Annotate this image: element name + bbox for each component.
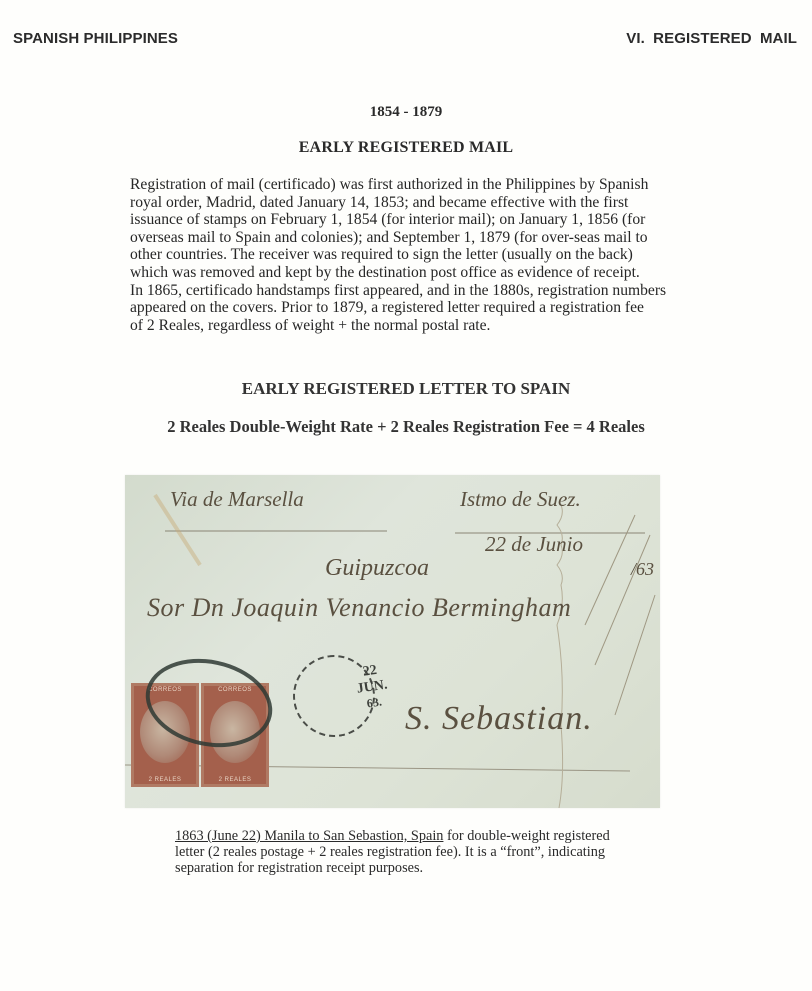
intro-line: of 2 Reales, regardless of weight + the … [130,317,670,335]
intro-line: appeared on the covers. Prior to 1879, a… [130,299,670,317]
cover-image: Via de Marsella Istmo de Suez. 22 de Jun… [125,475,660,808]
cover-caption: 1863 (June 22) Manila to San Sebastion, … [175,828,655,876]
page-header-country: SPANISH PHILIPPINES [13,30,178,47]
manuscript-addressee: Sor Dn Joaquin Venancio Bermingham [147,593,571,623]
stamp-value-label: 2 REALES [131,777,199,783]
stamp-value-label: 2 REALES [201,777,269,783]
manuscript-city: S. Sebastian. [405,700,593,738]
intro-line: royal order, Madrid, dated January 14, 1… [130,194,670,212]
caption-text: letter (2 reales postage + 2 reales regi… [175,844,655,860]
caption-route: 1863 (June 22) Manila to San Sebastion, … [175,828,443,844]
page-header-section: VI. REGISTERED MAIL [626,30,797,47]
caption-text: for double-weight registered [443,828,609,844]
intro-line: issuance of stamps on February 1, 1854 (… [130,211,670,229]
intro-line: overseas mail to Spain and colonies); an… [130,229,670,247]
intro-paragraph: Registration of mail (certificado) was f… [130,176,670,334]
manuscript-route-left: Via de Marsella [170,487,304,512]
intro-line: In 1865, certificado handstamps first ap… [130,282,670,300]
intro-line: Registration of mail (certificado) was f… [130,176,670,194]
caption-text: separation for registration receipt purp… [175,860,655,876]
manuscript-year: /63 [631,559,654,580]
exhibit-title: EARLY REGISTERED LETTER TO SPAIN [0,379,812,399]
manuscript-route-right: Istmo de Suez. [460,487,581,512]
intro-line: which was removed and kept by the destin… [130,264,670,282]
period-heading: 1854 - 1879 [0,104,812,121]
section-title: EARLY REGISTERED MAIL [0,139,812,157]
intro-line: other countries. The receiver was requir… [130,246,670,264]
manuscript-date: 22 de Junio [485,532,583,557]
rate-line: 2 Reales Double-Weight Rate + 2 Reales R… [0,417,812,437]
manuscript-province: Guipuzcoa [325,555,429,582]
